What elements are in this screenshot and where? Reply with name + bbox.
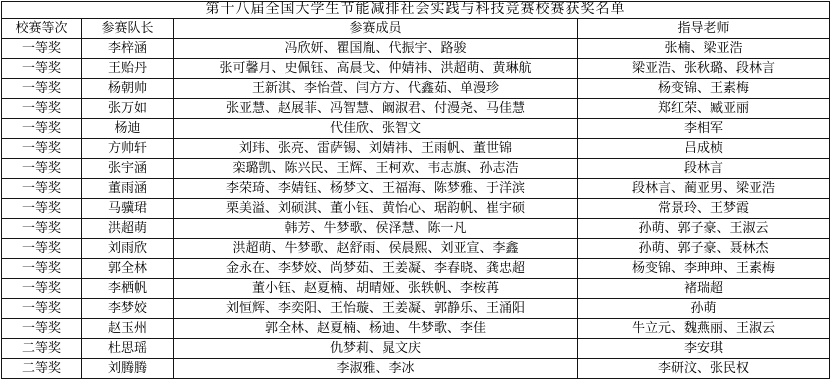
table-row: 一等奖 赵玉州 郭全林、赵夏楠、杨迪、牛梦歌、李佳 牛立元、魏燕丽、王淑云 [2, 319, 830, 339]
award-level-cell: 一等奖 [2, 159, 82, 179]
column-header-level: 校赛等次 [2, 19, 82, 39]
members-cell: 张亚慧、赵展菲、冯智慧、阚淑君、付漫尧、马佳慧 [174, 99, 578, 119]
captain-cell: 刘腾腾 [82, 359, 174, 379]
teachers-cell: 段林言、蔺亚男、梁亚浩 [578, 179, 830, 199]
table-row: 一等奖 杨朝帅 王新淇、李怡萱、闫方方、代鑫茹、单漫珍 杨变锦、王素梅 [2, 79, 830, 99]
teachers-cell: 常景玲、王梦霞 [578, 199, 830, 219]
award-table: 第十八届全国大学生节能减排社会实践与科技竞赛校赛获奖名单 校赛等次 参赛队长 参… [1, 1, 830, 379]
column-header-captain: 参赛队长 [82, 19, 174, 39]
members-cell: 代佳欣、张智文 [174, 119, 578, 139]
teachers-cell: 牛立元、魏燕丽、王淑云 [578, 319, 830, 339]
captain-cell: 董雨涵 [82, 179, 174, 199]
award-level-cell: 一等奖 [2, 99, 82, 119]
members-cell: 刘恒辉、李奕阳、王怡璇、王姜凝、郭静乐、王涌阳 [174, 299, 578, 319]
members-cell: 张可馨月、史佩钰、高晨戈、仲婧祎、洪超萌、黄琳航 [174, 59, 578, 79]
table-row: 一等奖 王贻丹 张可馨月、史佩钰、高晨戈、仲婧祎、洪超萌、黄琳航 梁亚浩、张秋璐… [2, 59, 830, 79]
teachers-cell: 褚瑞超 [578, 279, 830, 299]
teachers-cell: 李安琪 [578, 339, 830, 359]
captain-cell: 李栖帆 [82, 279, 174, 299]
award-level-cell: 二等奖 [2, 359, 82, 379]
award-level-cell: 一等奖 [2, 179, 82, 199]
teachers-cell: 孙萌、郭子豪、王淑云 [578, 219, 830, 239]
table-row: 一等奖 洪超萌 韩芳、牛梦歌、侯泽慧、陈一凡 孙萌、郭子豪、王淑云 [2, 219, 830, 239]
award-level-cell: 一等奖 [2, 39, 82, 59]
members-cell: 刘玮、张亮、雷萨锡、刘婧祎、王雨帆、董世锦 [174, 139, 578, 159]
teachers-cell: 李研汶、张民权 [578, 359, 830, 379]
members-cell: 李淑雅、李冰 [174, 359, 578, 379]
table-row: 一等奖 张宇涵 栾璐凯、陈兴民、王辉、王柯欢、韦志旗、孙志浩 段林言 [2, 159, 830, 179]
award-level-cell: 二等奖 [2, 339, 82, 359]
teachers-cell: 吕成桢 [578, 139, 830, 159]
table-row: 一等奖 郭全林 金永在、李梦姣、尚梦茹、王姜凝、李春晓、龚忠超 杨变锦、李珅珅、… [2, 259, 830, 279]
captain-cell: 马骥珺 [82, 199, 174, 219]
captain-cell: 张宇涵 [82, 159, 174, 179]
teachers-cell: 段林言 [578, 159, 830, 179]
members-cell: 王新淇、李怡萱、闫方方、代鑫茹、单漫珍 [174, 79, 578, 99]
award-level-cell: 一等奖 [2, 279, 82, 299]
members-cell: 金永在、李梦姣、尚梦茹、王姜凝、李春晓、龚忠超 [174, 259, 578, 279]
award-level-cell: 一等奖 [2, 139, 82, 159]
page-title: 第十八届全国大学生节能减排社会实践与科技竞赛校赛获奖名单 [2, 2, 830, 19]
captain-cell: 杨迪 [82, 119, 174, 139]
table-row: 一等奖 张万如 张亚慧、赵展菲、冯智慧、阚淑君、付漫尧、马佳慧 郑红荣、臧亚丽 [2, 99, 830, 119]
members-cell: 郭全林、赵夏楠、杨迪、牛梦歌、李佳 [174, 319, 578, 339]
award-level-cell: 一等奖 [2, 319, 82, 339]
teachers-cell: 杨变锦、王素梅 [578, 79, 830, 99]
members-cell: 冯欣妍、瞿国胤、代振宇、路骏 [174, 39, 578, 59]
teachers-cell: 杨变锦、李珅珅、王素梅 [578, 259, 830, 279]
members-cell: 董小钰、赵夏楠、胡晴娅、张轶帆、李桉苒 [174, 279, 578, 299]
members-cell: 栗美溢、刘硕淇、董小钰、黄怡心、琚韵帆、崔宇硕 [174, 199, 578, 219]
award-level-cell: 一等奖 [2, 219, 82, 239]
teachers-cell: 孙萌 [578, 299, 830, 319]
table-row: 一等奖 李梦姣 刘恒辉、李奕阳、王怡璇、王姜凝、郭静乐、王涌阳 孙萌 [2, 299, 830, 319]
table-row: 一等奖 李栖帆 董小钰、赵夏楠、胡晴娅、张轶帆、李桉苒 褚瑞超 [2, 279, 830, 299]
captain-cell: 刘雨欣 [82, 239, 174, 259]
table-row: 一等奖 杨迪 代佳欣、张智文 李相军 [2, 119, 830, 139]
members-cell: 洪超萌、牛梦歌、赵舒雨、侯晨熙、刘亚宣、李鑫 [174, 239, 578, 259]
award-level-cell: 一等奖 [2, 119, 82, 139]
award-level-cell: 一等奖 [2, 259, 82, 279]
document-sheet: 第十八届全国大学生节能减排社会实践与科技竞赛校赛获奖名单 校赛等次 参赛队长 参… [0, 0, 830, 380]
award-level-cell: 一等奖 [2, 299, 82, 319]
column-header-teachers: 指导老师 [578, 19, 830, 39]
captain-cell: 杨朝帅 [82, 79, 174, 99]
captain-cell: 赵玉州 [82, 319, 174, 339]
table-row: 一等奖 方帅轩 刘玮、张亮、雷萨锡、刘婧祎、王雨帆、董世锦 吕成桢 [2, 139, 830, 159]
table-row: 二等奖 杜思瑶 仇梦莉、晁文庆 李安琪 [2, 339, 830, 359]
members-cell: 李荣琦、李婧钰、杨梦文、王福海、陈梦雅、于洋滨 [174, 179, 578, 199]
table-body: 一等奖 李梓涵 冯欣妍、瞿国胤、代振宇、路骏 张楠、梁亚浩 一等奖 王贻丹 张可… [2, 39, 830, 379]
members-cell: 仇梦莉、晁文庆 [174, 339, 578, 359]
captain-cell: 方帅轩 [82, 139, 174, 159]
captain-cell: 洪超萌 [82, 219, 174, 239]
captain-cell: 张万如 [82, 99, 174, 119]
teachers-cell: 孙萌、郭子豪、聂林杰 [578, 239, 830, 259]
teachers-cell: 李相军 [578, 119, 830, 139]
award-level-cell: 一等奖 [2, 239, 82, 259]
award-level-cell: 一等奖 [2, 59, 82, 79]
header-row: 校赛等次 参赛队长 参赛成员 指导老师 [2, 19, 830, 39]
captain-cell: 王贻丹 [82, 59, 174, 79]
title-row: 第十八届全国大学生节能减排社会实践与科技竞赛校赛获奖名单 [2, 2, 830, 19]
members-cell: 栾璐凯、陈兴民、王辉、王柯欢、韦志旗、孙志浩 [174, 159, 578, 179]
table-row: 一等奖 董雨涵 李荣琦、李婧钰、杨梦文、王福海、陈梦雅、于洋滨 段林言、蔺亚男、… [2, 179, 830, 199]
teachers-cell: 梁亚浩、张秋璐、段林言 [578, 59, 830, 79]
award-level-cell: 一等奖 [2, 199, 82, 219]
table-row: 二等奖 刘腾腾 李淑雅、李冰 李研汶、张民权 [2, 359, 830, 379]
teachers-cell: 张楠、梁亚浩 [578, 39, 830, 59]
members-cell: 韩芳、牛梦歌、侯泽慧、陈一凡 [174, 219, 578, 239]
captain-cell: 李梓涵 [82, 39, 174, 59]
table-row: 一等奖 李梓涵 冯欣妍、瞿国胤、代振宇、路骏 张楠、梁亚浩 [2, 39, 830, 59]
column-header-members: 参赛成员 [174, 19, 578, 39]
captain-cell: 杜思瑶 [82, 339, 174, 359]
teachers-cell: 郑红荣、臧亚丽 [578, 99, 830, 119]
captain-cell: 郭全林 [82, 259, 174, 279]
award-level-cell: 一等奖 [2, 79, 82, 99]
captain-cell: 李梦姣 [82, 299, 174, 319]
table-row: 一等奖 刘雨欣 洪超萌、牛梦歌、赵舒雨、侯晨熙、刘亚宣、李鑫 孙萌、郭子豪、聂林… [2, 239, 830, 259]
table-row: 一等奖 马骥珺 栗美溢、刘硕淇、董小钰、黄怡心、琚韵帆、崔宇硕 常景玲、王梦霞 [2, 199, 830, 219]
